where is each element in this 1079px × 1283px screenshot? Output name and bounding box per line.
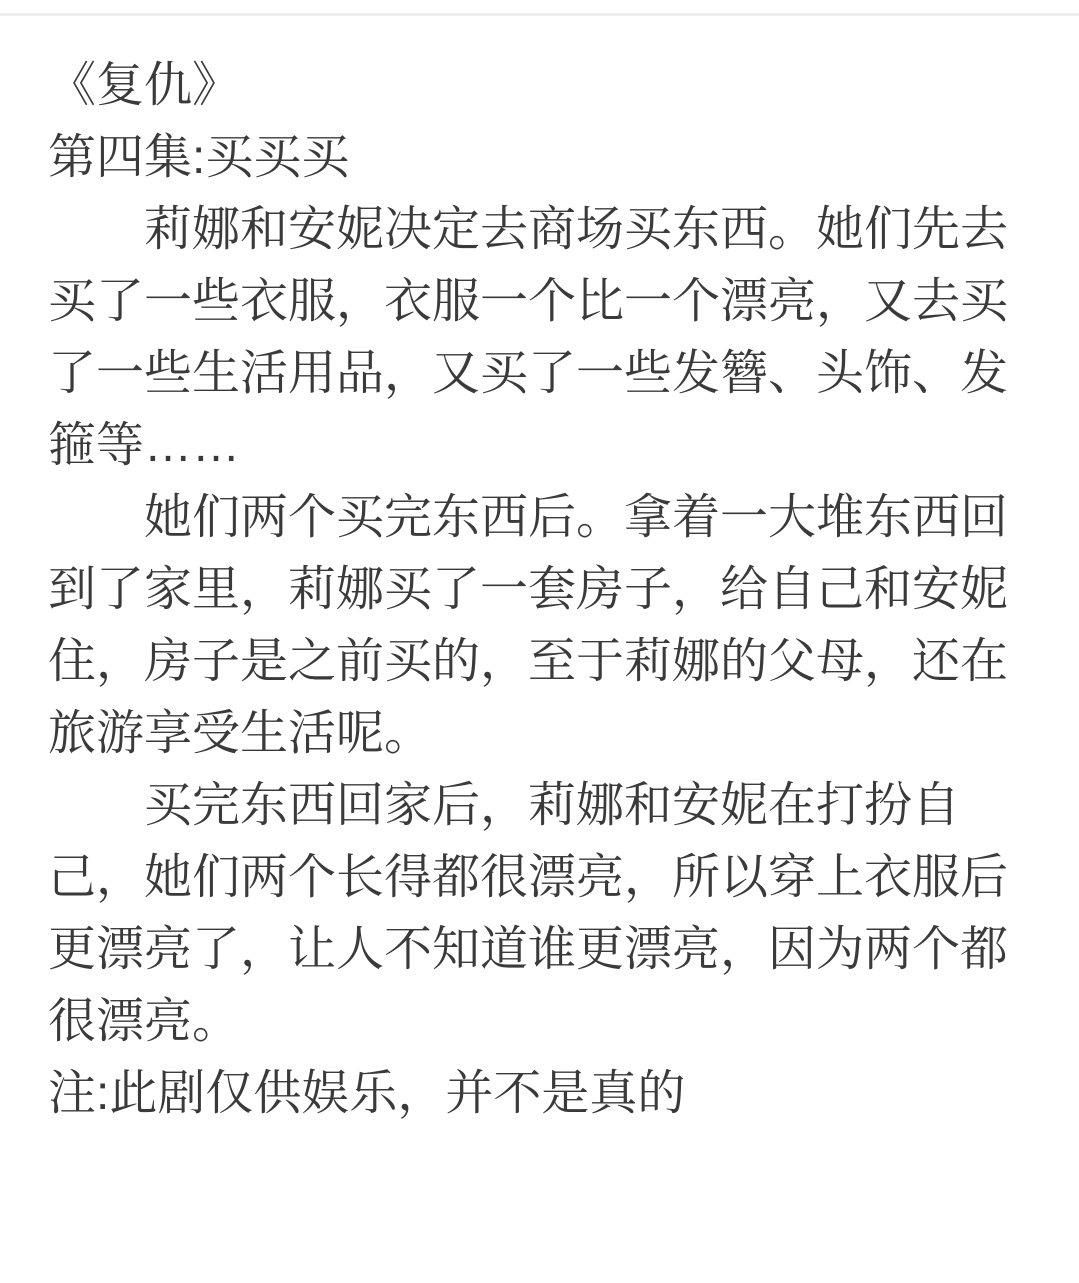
story-paragraph-3: 买完东西回家后，莉娜和安妮在打扮自己，她们两个长得都很漂亮，所以穿上衣服后更漂亮… xyxy=(48,770,1018,1058)
story-content: 《复仇》 第四集:买买买 莉娜和安妮决定去商场买东西。她们先去买了一些衣服，衣服… xyxy=(48,50,1018,1130)
top-divider xyxy=(0,13,1079,16)
story-paragraph-2: 她们两个买完东西后。拿着一大堆东西回到了家里，莉娜买了一套房子，给自己和安妮住，… xyxy=(48,482,1018,770)
episode-heading: 第四集:买买买 xyxy=(48,122,1018,194)
document-page: 《复仇》 第四集:买买买 莉娜和安妮决定去商场买东西。她们先去买了一些衣服，衣服… xyxy=(0,0,1079,1283)
story-note: 注:此剧仅供娱乐，并不是真的 xyxy=(48,1058,1018,1130)
story-title: 《复仇》 xyxy=(48,50,1018,122)
story-paragraph-1: 莉娜和安妮决定去商场买东西。她们先去买了一些衣服，衣服一个比一个漂亮，又去买了一… xyxy=(48,194,1018,482)
